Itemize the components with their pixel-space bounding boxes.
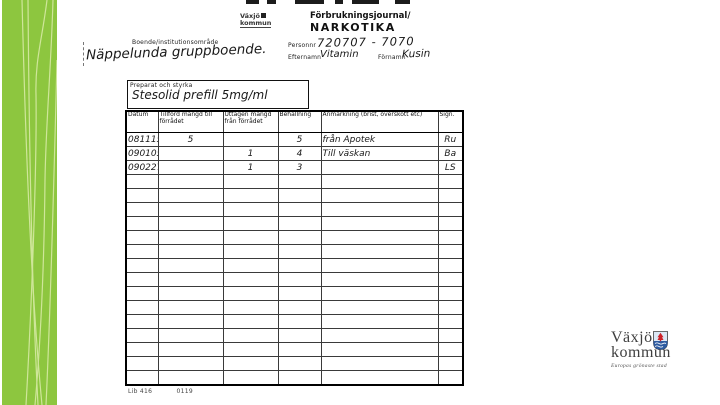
journal-cell (158, 273, 223, 287)
journal-cell: LS (438, 161, 463, 175)
journal-cell (321, 217, 438, 231)
journal-cell (438, 371, 463, 386)
journal-cell (126, 287, 158, 301)
column-header: Datum (126, 111, 158, 133)
journal-row (126, 217, 463, 231)
handwritten-entry: Ru (444, 135, 456, 145)
journal-cell (158, 301, 223, 315)
journal-cell (438, 287, 463, 301)
journal-cell (126, 357, 158, 371)
handwritten-entry: 5 (297, 135, 303, 145)
form-number: Lib 416 0119 (128, 388, 193, 395)
personnr-field-value: 720707 - 7070 (317, 34, 415, 50)
handwritten-entry: 1 (248, 163, 254, 173)
journal-row (126, 189, 463, 203)
journal-cell: 4 (278, 147, 321, 161)
journal-cell (438, 231, 463, 245)
journal-cell (223, 329, 278, 343)
journal-cell (158, 315, 223, 329)
handwritten-entry: 090105 (128, 149, 158, 159)
handwritten-entry: från Apotek (323, 135, 376, 145)
journal-cell (278, 189, 321, 203)
journal-cell (278, 203, 321, 217)
form-kommun-logo: Växjö kommun (240, 13, 271, 28)
handwritten-entry: 4 (297, 149, 303, 159)
journal-cell (438, 203, 463, 217)
journal-cell (278, 357, 321, 371)
journal-cell (438, 343, 463, 357)
journal-row: 09022713LS (126, 161, 463, 175)
journal-cell (321, 329, 438, 343)
column-header: Behållning (278, 111, 321, 133)
column-header: Anmärkning (brist, överskott etc) (321, 111, 438, 133)
handwritten-entry: 3 (297, 163, 303, 173)
journal-cell (278, 273, 321, 287)
journal-cell (438, 245, 463, 259)
journal-cell: 090227 (126, 161, 158, 175)
journal-row (126, 301, 463, 315)
journal-cell (321, 231, 438, 245)
green-accent-band (2, 0, 57, 405)
journal-cell (126, 231, 158, 245)
journal-cell (438, 301, 463, 315)
cropped-slide-title-strip (245, 0, 430, 4)
journal-cell (223, 189, 278, 203)
journal-cell (158, 161, 223, 175)
journal-cell (321, 203, 438, 217)
journal-cell (223, 217, 278, 231)
preparat-box: Preparat och styrka Stesolid prefill 5mg… (127, 80, 309, 109)
journal-cell (278, 329, 321, 343)
personnr-field-label: Personnr (288, 42, 316, 49)
journal-cell (158, 329, 223, 343)
area-field-value: Näppelunda gruppboende. (86, 41, 276, 64)
journal-cell (438, 329, 463, 343)
journal-cell (223, 203, 278, 217)
form-logo-line2: kommun (240, 20, 271, 28)
journal-cell (223, 357, 278, 371)
column-header: Uttagen mängd från förrådet (223, 111, 278, 133)
journal-cell: 5 (278, 133, 321, 147)
journal-cell (438, 217, 463, 231)
journal-row (126, 287, 463, 301)
journal-cell (321, 343, 438, 357)
journal-cell (126, 329, 158, 343)
journal-cell (278, 245, 321, 259)
brand-tagline: Europas grönaste stad (611, 363, 701, 369)
journal-cell: Till väskan (321, 147, 438, 161)
journal-cell (158, 343, 223, 357)
journal-cell (278, 287, 321, 301)
journal-cell (158, 189, 223, 203)
journal-table-body: 08111555från ApotekRu09010514Till väskan… (126, 133, 463, 386)
journal-cell: 090105 (126, 147, 158, 161)
journal-row (126, 371, 463, 386)
column-header: Tillförd mängd till förrådet (158, 111, 223, 133)
journal-cell (223, 287, 278, 301)
journal-cell (158, 203, 223, 217)
journal-cell: Ru (438, 133, 463, 147)
form-number-text: Lib 416 (128, 388, 152, 395)
journal-table-header: DatumTillförd mängd till förrådetUttagen… (126, 111, 463, 133)
journal-cell (321, 301, 438, 315)
journal-cell (158, 147, 223, 161)
journal-row (126, 259, 463, 273)
handwritten-entry: 5 (188, 135, 194, 145)
journal-cell (278, 315, 321, 329)
journal-cell (321, 273, 438, 287)
fold-mark-line (83, 42, 84, 66)
journal-cell (321, 371, 438, 386)
journal-cell (223, 245, 278, 259)
journal-cell: 1 (223, 161, 278, 175)
journal-cell (321, 245, 438, 259)
journal-cell (158, 357, 223, 371)
journal-cell (321, 287, 438, 301)
journal-row (126, 329, 463, 343)
handwritten-entry: Till väskan (323, 149, 371, 159)
journal-cell (158, 371, 223, 386)
handwritten-entry: 081115 (128, 135, 158, 145)
handwritten-entry: 1 (248, 149, 254, 159)
journal-cell (223, 231, 278, 245)
journal-cell: 081115 (126, 133, 158, 147)
journal-cell (223, 371, 278, 386)
handwritten-entry: 090227 (128, 163, 158, 173)
journal-cell: 1 (223, 147, 278, 161)
journal-cell (278, 175, 321, 189)
fornamn-field-value: Kusin (402, 48, 431, 61)
journal-row (126, 315, 463, 329)
journal-cell (126, 245, 158, 259)
journal-cell (321, 357, 438, 371)
journal-cell (223, 343, 278, 357)
journal-cell (438, 315, 463, 329)
journal-row (126, 231, 463, 245)
narcotics-journal-table: DatumTillförd mängd till förrådetUttagen… (125, 110, 464, 386)
journal-cell (158, 217, 223, 231)
journal-cell (278, 231, 321, 245)
journal-cell (278, 301, 321, 315)
journal-cell (321, 161, 438, 175)
journal-cell (223, 175, 278, 189)
journal-cell (438, 273, 463, 287)
journal-cell (126, 301, 158, 315)
journal-cell (158, 231, 223, 245)
journal-cell (321, 189, 438, 203)
journal-cell (223, 301, 278, 315)
journal-cell (321, 315, 438, 329)
efternamn-field-value: Vitamin (320, 49, 359, 60)
journal-row (126, 203, 463, 217)
journal-row (126, 357, 463, 371)
journal-cell (126, 175, 158, 189)
journal-cell (278, 217, 321, 231)
journal-cell (158, 245, 223, 259)
journal-cell (438, 189, 463, 203)
journal-cell (158, 175, 223, 189)
journal-cell (126, 273, 158, 287)
journal-cell: 5 (158, 133, 223, 147)
journal-cell (438, 259, 463, 273)
journal-cell (223, 273, 278, 287)
journal-cell (223, 259, 278, 273)
journal-cell: 3 (278, 161, 321, 175)
journal-row (126, 273, 463, 287)
journal-cell (126, 217, 158, 231)
column-header: Sign. (438, 111, 463, 133)
efternamn-field-label: Efternamn (288, 54, 321, 61)
handwritten-entry: Ba (444, 149, 456, 159)
journal-row: 09010514Till väskanBa (126, 147, 463, 161)
journal-cell (223, 315, 278, 329)
journal-cell (438, 175, 463, 189)
journal-cell (126, 371, 158, 386)
journal-cell (321, 175, 438, 189)
journal-cell (278, 259, 321, 273)
preparat-value: Stesolid prefill 5mg/ml (132, 88, 308, 102)
journal-cell: från Apotek (321, 133, 438, 147)
journal-row (126, 343, 463, 357)
journal-row (126, 245, 463, 259)
journal-cell (126, 343, 158, 357)
journal-cell (126, 259, 158, 273)
journal-cell (223, 133, 278, 147)
journal-cell (278, 371, 321, 386)
journal-cell (278, 343, 321, 357)
vaxjo-crest-icon (653, 331, 668, 350)
journal-row (126, 175, 463, 189)
form-title-line2: NARKOTIKA (310, 22, 410, 35)
journal-cell (126, 203, 158, 217)
journal-row: 08111555från ApotekRu (126, 133, 463, 147)
journal-cell (158, 287, 223, 301)
journal-cell: Ba (438, 147, 463, 161)
journal-cell (126, 189, 158, 203)
vaxjo-kommun-logo: Växjö kommun Europas grönaste stad (611, 330, 701, 369)
journal-cell (321, 259, 438, 273)
journal-cell (438, 357, 463, 371)
journal-cell (158, 259, 223, 273)
logo-crest-icon (261, 13, 266, 18)
journal-cell (126, 315, 158, 329)
form-title: Förbrukningsjournal/ NARKOTIKA (310, 12, 410, 34)
form-code-text: 0119 (177, 388, 193, 395)
handwritten-entry: LS (445, 163, 456, 173)
